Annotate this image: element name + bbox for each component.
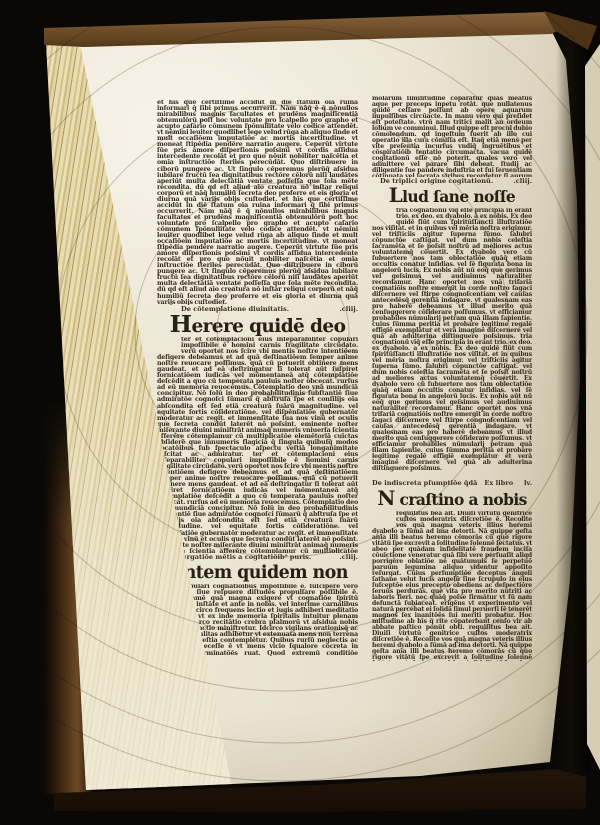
text-paragraph: tria cognationū vīq̄ eſſe principia in e… xyxy=(372,208,532,479)
folio-number: .cliij. xyxy=(339,305,358,313)
chapter-rubric: De cōtemplatione diuinitatis. .cliij. xyxy=(157,305,358,313)
chapter-rubric: De indiscreta pſumptiōe q̄dā dd. Ex libr… xyxy=(372,479,532,488)
folio-number: lv. xyxy=(524,479,532,487)
folio-number: .cliij. xyxy=(513,177,532,185)
gutter-shadow xyxy=(556,28,590,773)
rubric-title: De purgatiōe mētis a cogitatiōib⁹ puris. xyxy=(165,553,311,561)
book-photograph: et hīs que certiſſime accidūt in diē ſta… xyxy=(0,0,600,825)
rubric-title: De indiscreta pſumptiōe q̄dā dd. xyxy=(372,479,484,488)
rubric-title: De cōtemplatione diuinitatis. xyxy=(181,305,289,313)
rubric-title: De triplici origine cogitationū. xyxy=(380,177,493,185)
text-paragraph: ter et cōtemplacioni eius inſeparabilite… xyxy=(157,337,358,553)
chapter-heading: N craſtino a nobis vero xyxy=(372,488,532,511)
text-paragraph: molarum ſimilitudinē cōparatur quas meat… xyxy=(372,96,532,177)
text-paragraph: requiſitus bea ait. Diuiſi virtutū genit… xyxy=(372,511,532,661)
chapter-rubric: De triplici origine cogitationū. .cliij. xyxy=(372,177,532,185)
chapter-rubric: De purgatiōe mētis a cogitatiōib⁹ puris.… xyxy=(157,553,358,561)
text-paragraph: et hīs que certiſſime accidūt in diē ſta… xyxy=(157,100,358,305)
folio-number: .cliij. xyxy=(339,553,358,561)
chapter-heading: Llud ſane noſſe debem⁹ xyxy=(372,185,532,208)
rubric-source: Ex libro vij. xyxy=(484,479,524,488)
text-column-right: molarum ſimilitudinē cōparatur quas meat… xyxy=(372,96,532,661)
chapter-heading: Herere quidē deo iugi xyxy=(157,313,358,337)
